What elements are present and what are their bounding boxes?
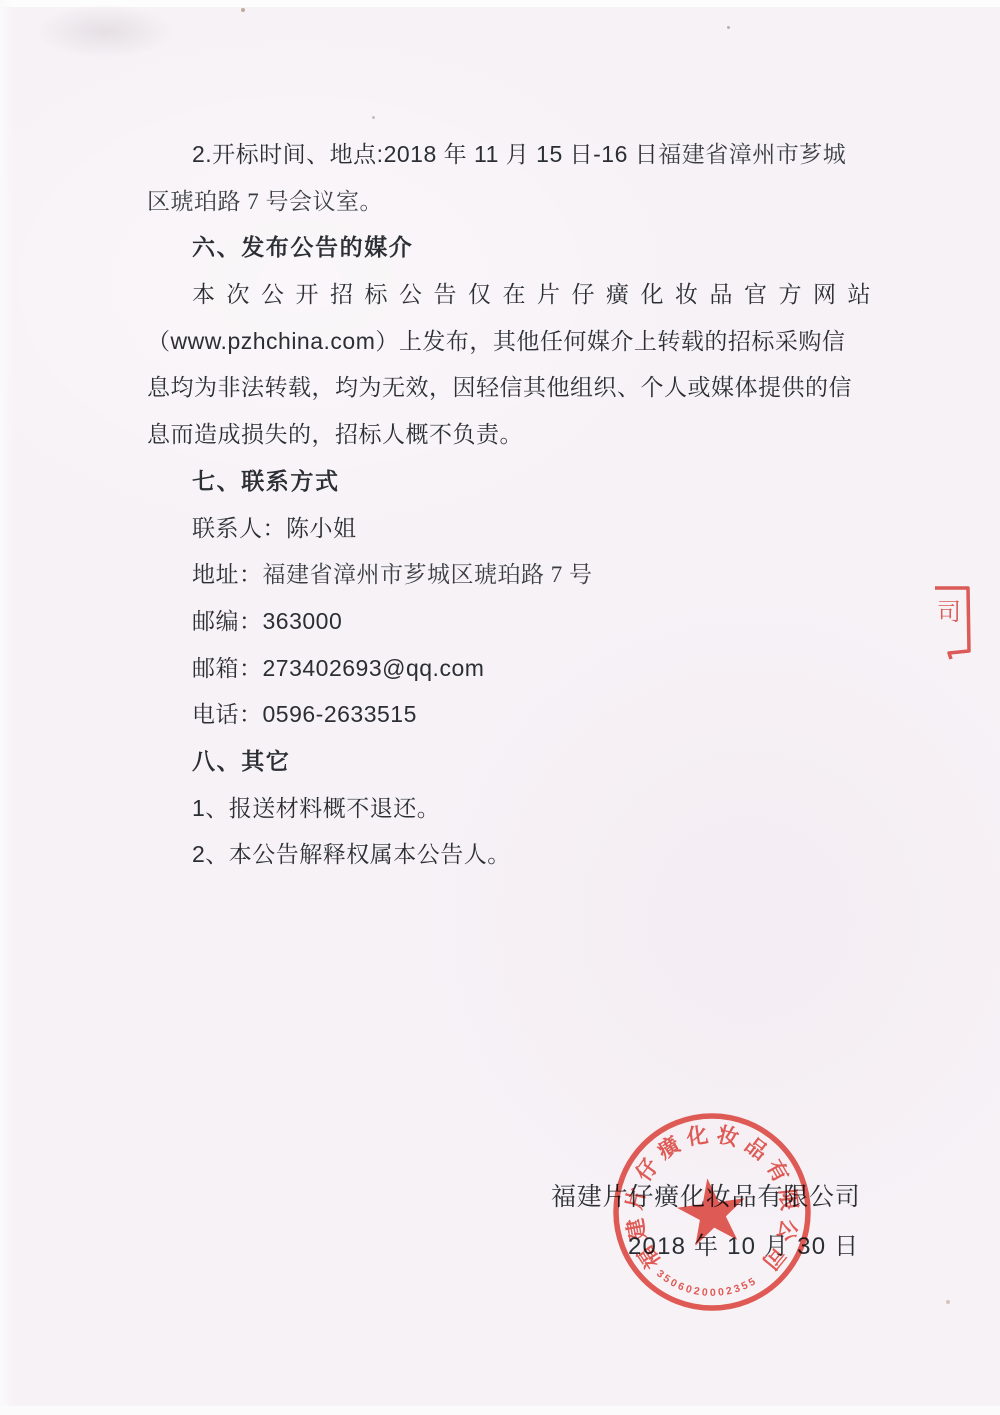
scan-edge-bottom <box>0 1406 1000 1415</box>
company-seal-stamp-icon: 福建片仔癀化妆品有限公司 3506020002355 <box>610 1110 814 1314</box>
svg-text:3506020002355: 3506020002355 <box>654 1268 760 1299</box>
document-line: 息均为非法转载，均为无效，因轻信其他组织、个人或媒体提供的信 <box>147 364 863 411</box>
document-line: 2、本公告解释权属本公告人。 <box>147 831 863 878</box>
document-line: 联系人：陈小姐 <box>147 505 863 552</box>
document-text-segment: 八、其它 <box>192 748 290 774</box>
partial-stamp-edge-mark: 司 <box>925 575 995 670</box>
document-line: 邮编：363000 <box>147 598 863 645</box>
document-text-segment: （www.pzhchina.com）上发布，其他任何媒介上转载的招标采购信 <box>147 328 845 354</box>
scan-speck <box>241 8 245 12</box>
document-line: 七、联系方式 <box>147 458 863 505</box>
document-text-segment: 1、报送材料概不退还。 <box>192 795 440 821</box>
document-text-segment: 电话：0596-2633515 <box>192 701 417 727</box>
document-line: 本次公开招标公告仅在片仔癀化妆品官方网站 <box>147 271 863 318</box>
document-line: 区琥珀路 7 号会议室。 <box>147 178 863 225</box>
seal-serial-number: 3506020002355 <box>654 1268 760 1299</box>
document-text-segment: 福建省漳州市芗城 <box>658 142 846 167</box>
document-line: （www.pzhchina.com）上发布，其他任何媒介上转载的招标采购信 <box>147 318 863 365</box>
scan-speck <box>372 116 375 119</box>
document-line: 2.开标时间、地点:2018 年 11 月 15 日-16 日福建省漳州市芗城 <box>147 131 863 178</box>
document-text-segment: 七、联系方式 <box>192 468 340 494</box>
document-text-segment: 邮编：363000 <box>192 608 342 634</box>
document-line: 六、发布公告的媒介 <box>147 224 863 271</box>
document-text-segment: 2.开标时间、地点:2018 年 11 月 15 日-16 日 <box>192 141 658 167</box>
document-line: 1、报送材料概不退还。 <box>147 785 863 832</box>
document-text-segment: 区琥珀路 7 号会议室。 <box>147 189 383 214</box>
scan-edge-left <box>0 0 14 1415</box>
document-line: 息而造成损失的，招标人概不负责。 <box>147 411 863 458</box>
document-text-segment: 息均为非法转载，均为无效，因轻信其他组织、个人或媒体提供的信 <box>147 374 852 400</box>
document-line: 八、其它 <box>147 738 863 785</box>
document-text-segment: 息而造成损失的，招标人概不负责。 <box>147 421 523 447</box>
scan-smudge <box>35 4 175 59</box>
scan-speck <box>727 26 730 29</box>
document-text-segment: 2、本公告解释权属本公告人。 <box>192 841 511 867</box>
document-line: 电话：0596-2633515 <box>147 691 863 738</box>
document-body: 2.开标时间、地点:2018 年 11 月 15 日-16 日福建省漳州市芗城区… <box>147 131 863 878</box>
document-text-segment: 邮箱：273402693@qq.com <box>192 655 484 681</box>
document-line: 邮箱：273402693@qq.com <box>147 645 863 692</box>
document-text-segment: 六、发布公告的媒介 <box>192 234 413 260</box>
document-text-segment: 地址： <box>192 561 263 587</box>
document-text-segment: 本次公开招标公告仅在片仔癀化妆品官方网站 <box>192 281 882 307</box>
document-text-segment: 福建省漳州市芗城区琥珀路 7 号 <box>263 562 593 587</box>
seal-star-icon <box>673 1174 750 1248</box>
document-text-segment: 联系人：陈小姐 <box>192 515 357 541</box>
document-line: 地址：福建省漳州市芗城区琥珀路 7 号 <box>147 551 863 598</box>
scanned-document-page: 2.开标时间、地点:2018 年 11 月 15 日-16 日福建省漳州市芗城区… <box>0 0 1000 1415</box>
partial-stamp-char: 司 <box>937 599 961 626</box>
scan-speck <box>946 1300 950 1304</box>
